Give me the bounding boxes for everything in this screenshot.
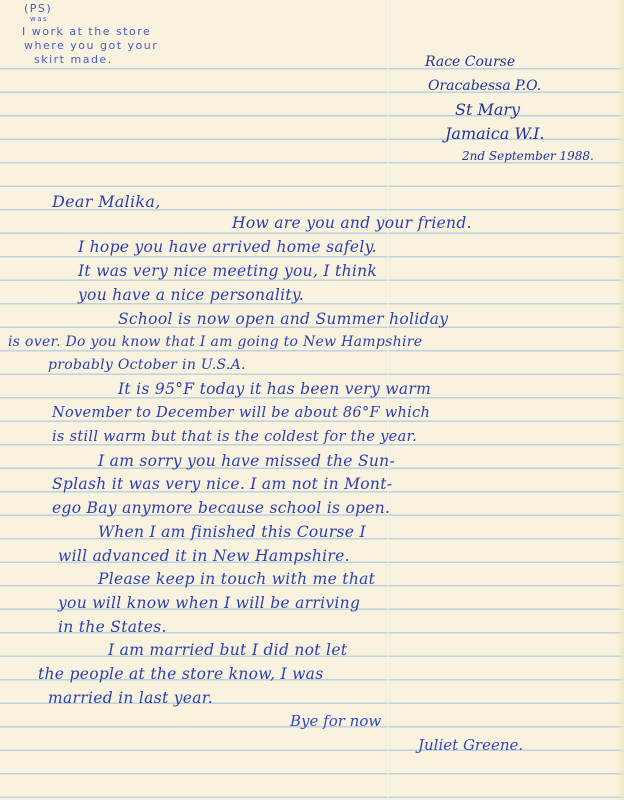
ps-line-1: I work at the store (22, 26, 151, 37)
vertical-fold-crease (386, 0, 390, 800)
body-line-2: I hope you have arrived home safely. (78, 240, 377, 256)
body-line-4: you have a nice personality. (78, 288, 304, 304)
body-line-20: the people at the store know, I was (38, 667, 323, 683)
body-line-12: Splash it was very nice. I am not in Mon… (52, 477, 392, 493)
signature: Juliet Greene. (418, 738, 523, 753)
body-line-21: married in last year. (48, 691, 213, 707)
body-line-18: in the States. (58, 620, 167, 636)
body-line-15: will advanced it in New Hampshire. (58, 549, 350, 565)
address-line-2: Oracabessa P.O. (428, 79, 541, 93)
ps-line-3: skirt made. (34, 54, 113, 65)
body-line-13: ego Bay anymore because school is open. (52, 501, 390, 517)
body-line-17: you will know when I will be arriving (58, 596, 360, 612)
address-line-4: Jamaica W.I. (445, 126, 545, 142)
closing: Bye for now (290, 714, 381, 729)
body-line-1: How are you and your friend. (232, 216, 472, 232)
ps-line-2: where you got your (24, 40, 158, 51)
paper-edge (618, 0, 624, 800)
body-line-10: is still warm but that is the coldest fo… (52, 430, 417, 445)
salutation: Dear Malika, (52, 194, 161, 210)
ps-label: (PS) (24, 3, 52, 14)
address-line-3: St Mary (455, 102, 520, 118)
body-line-19: I am married but I did not let (108, 643, 347, 659)
body-line-5: School is now open and Summer holiday (118, 312, 448, 328)
body-line-9: November to December will be about 86°F … (52, 406, 430, 421)
body-line-11: I am sorry you have missed the Sun- (98, 454, 395, 470)
body-line-14: When I am finished this Course I (98, 525, 366, 541)
address-line-1: Race Course (425, 55, 515, 69)
letter-date: 2nd September 1988. (462, 150, 594, 162)
body-line-3: It was very nice meeting you, I think (78, 264, 377, 280)
ps-insertion: was (30, 16, 48, 23)
body-line-6: is over. Do you know that I am going to … (8, 335, 422, 349)
body-line-16: Please keep in touch with me that (98, 572, 375, 588)
body-line-7: probably October in U.S.A. (48, 358, 246, 372)
body-line-8: It is 95°F today it has been very warm (118, 382, 431, 398)
